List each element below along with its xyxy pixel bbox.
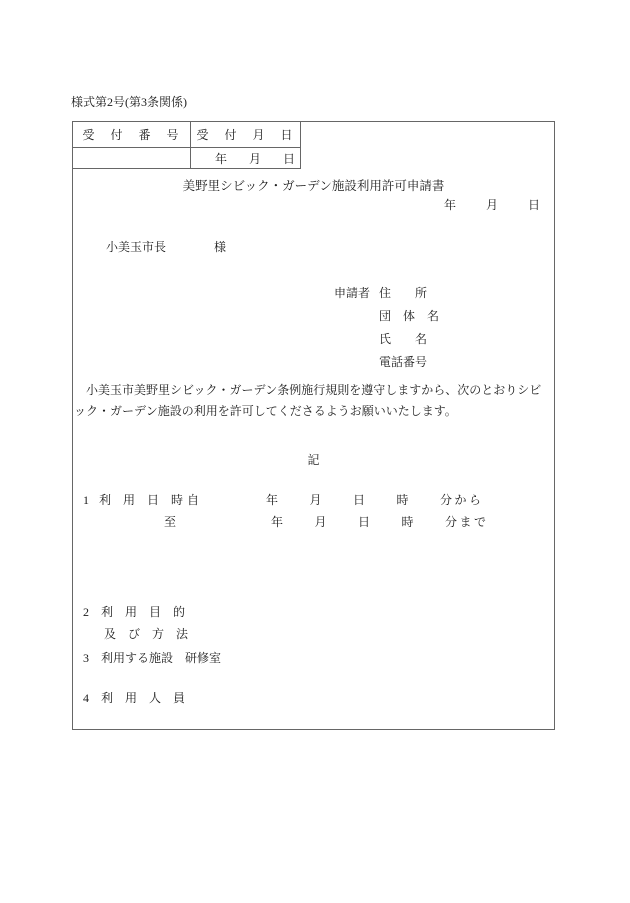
applicant-phone-row: 電話番号 (334, 351, 439, 374)
reception-number-label: 受 付 番 号 (82, 126, 180, 143)
applicant-label-spacer (334, 328, 379, 351)
honorific-label: 様 (214, 240, 226, 254)
reception-date-header-cell: 受 付 月 日 (191, 122, 301, 148)
addressee-line: 小美玉市長様 (106, 239, 226, 255)
item-2-label-line-2: 及 び 方 法 (104, 627, 188, 641)
item-2-label-line-1: 利 用 目 的 (101, 605, 185, 619)
item-4-label: 利 用 人 員 (101, 691, 185, 705)
form-body-box: 受 付 番 号 受 付 月 日 年 月 日 美野里シビック・ガーデン施設利用許可… (72, 121, 555, 730)
phone-label: 電話番号 (379, 351, 427, 374)
body-paragraph: 小美玉市美野里シビック・ガーデン条例施行規則を遵守しますから、次のとおりシビ ッ… (74, 380, 554, 422)
item-3-number: 3 (83, 651, 89, 665)
applicant-label-spacer (334, 305, 379, 328)
item-1-label: 利 用 日 時 (99, 493, 183, 507)
form-number-label: 様式第2号(第3条関係) (71, 95, 187, 110)
applicant-address-row: 申請者 住 所 (334, 282, 439, 305)
to-datetime-fields: 年 月 日 時 分まで (271, 515, 489, 529)
item-3-label: 利用する施設 (101, 651, 173, 665)
item-1-line-to: 至年 月 日 時 分まで (73, 514, 554, 530)
reception-number-header-cell: 受 付 番 号 (73, 122, 191, 148)
item-2-number: 2 (83, 605, 89, 619)
item-1-number: 1 (83, 493, 89, 507)
applicant-block: 申請者 住 所 団 体 名 氏 名 電話番号 (334, 282, 439, 374)
body-line-1: 小美玉市美野里シビック・ガーデン条例施行規則を遵守しますから、次のとおりシビ (74, 380, 554, 401)
application-date-line: 年 月 日 (444, 197, 542, 213)
body-line-2: ック・ガーデン施設の利用を許可してくださるようお願いいたします。 (74, 401, 554, 422)
details-heading: 記 (73, 452, 554, 468)
item-3-line: 3利用する施設研修室 (73, 650, 554, 666)
reception-date-placeholder: 年 月 日 (215, 150, 300, 167)
application-form-page: 様式第2号(第3条関係) 受 付 番 号 受 付 月 日 年 月 日 美野里シビ… (0, 0, 630, 903)
form-title: 美野里シビック・ガーデン施設利用許可申請書 (73, 178, 554, 194)
item-2-line-2: 及 び 方 法 (73, 626, 554, 642)
applicant-name-row: 氏 名 (334, 328, 439, 351)
name-label: 氏 名 (379, 328, 427, 351)
item-4-line: 4利 用 人 員 (73, 690, 554, 706)
organization-label: 団 体 名 (379, 305, 439, 328)
applicant-label-spacer (334, 351, 379, 374)
applicant-organization-row: 団 体 名 (334, 305, 439, 328)
address-label: 住 所 (379, 282, 427, 305)
reception-number-value-cell (73, 148, 191, 169)
item-1-line-from: 1利 用 日 時自年 月 日 時 分から (73, 492, 554, 508)
reception-date-label: 受 付 月 日 (196, 126, 294, 143)
facility-value: 研修室 (185, 651, 221, 665)
from-datetime-fields: 年 月 日 時 分から (266, 493, 484, 507)
applicant-label: 申請者 (334, 282, 379, 305)
item-2-line-1: 2利 用 目 的 (73, 604, 554, 620)
to-prefix: 至 (164, 515, 176, 529)
addressee-name: 小美玉市長 (106, 240, 166, 254)
item-4-number: 4 (83, 691, 89, 705)
from-prefix: 自 (187, 493, 199, 507)
reception-date-value-cell: 年 月 日 (191, 148, 301, 169)
